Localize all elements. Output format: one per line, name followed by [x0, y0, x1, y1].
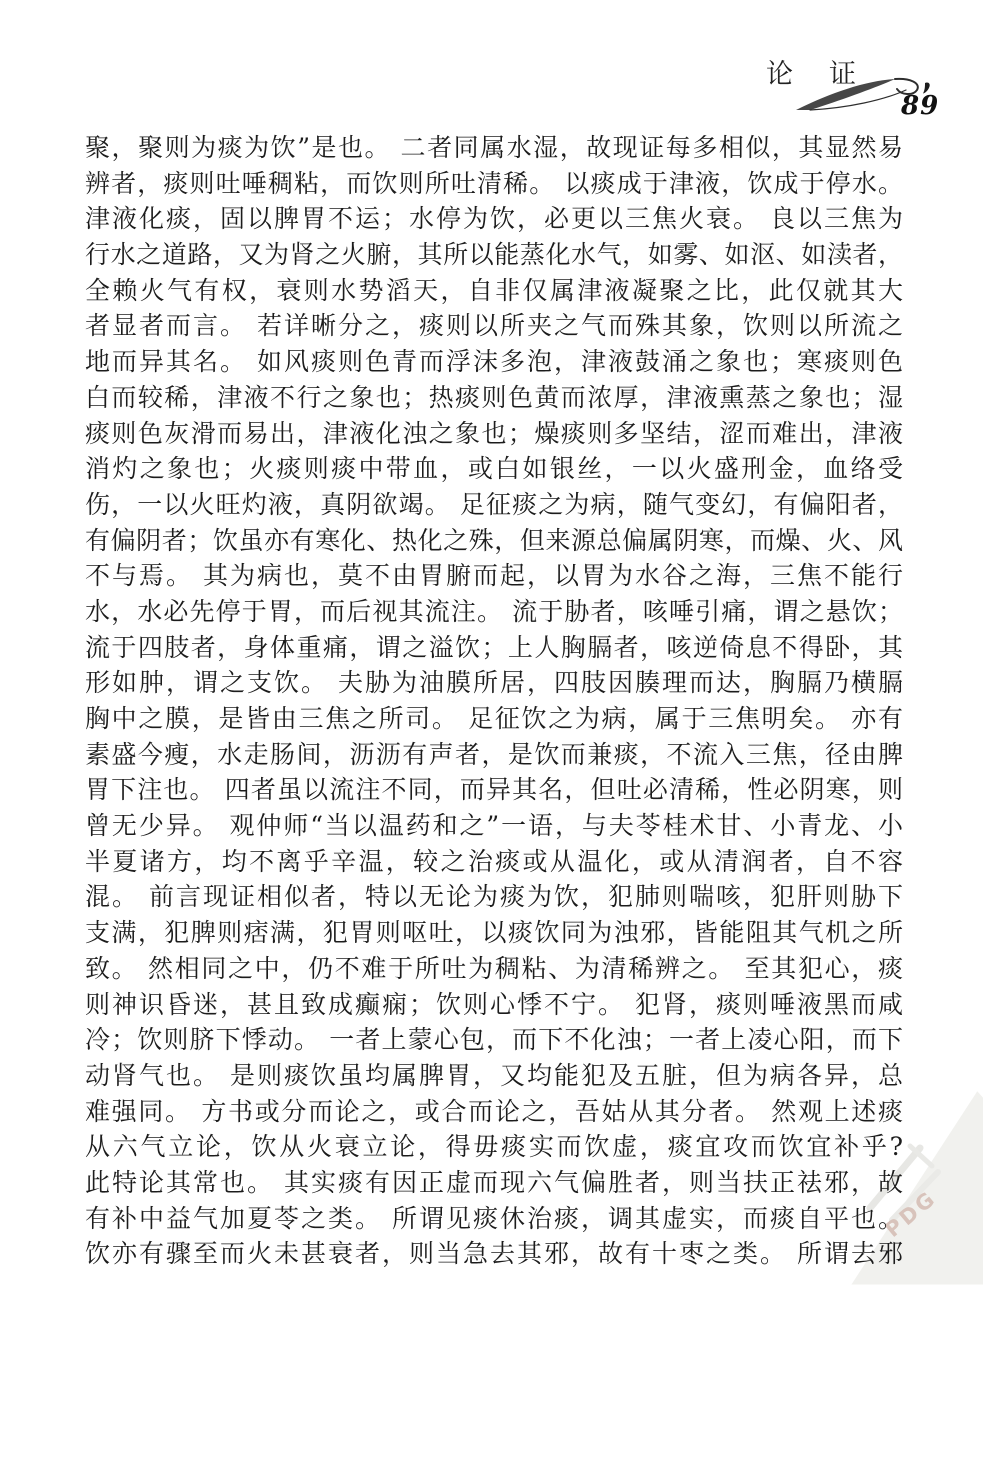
- text-line: 聚，聚则为痰为饮”是也。 二者同属水湿，故现证每多相似，其显然易: [85, 130, 903, 166]
- text-line: 致。 然相同之中，仍不难于所吐为稠粘、为清稀辨之。 至其犯心，痰: [85, 951, 903, 987]
- text-line: 素盛今瘦，水走肠间，沥沥有声者，是饮而兼痰，不流入三焦，径由脾: [85, 737, 903, 773]
- text-line: 饮亦有骤至而火未甚衰者，则当急去其邪，故有十枣之类。 所谓去邪: [85, 1236, 903, 1272]
- header-char-lun: 论: [766, 59, 793, 90]
- text-line: 行水之道路，又为肾之火腑，其所以能蒸化水气，如雾、如沤、如渎者，: [85, 237, 903, 273]
- scanned-book-page: 论证 89 PDG 聚，聚则为痰为饮”是也。 二者同属水湿，故现证每多相似，其显…: [0, 0, 983, 1470]
- text-line: 半夏诸方，均不离乎辛温，较之治痰或从温化，或从清润者，自不容: [85, 844, 903, 880]
- text-line: 伤，一以火旺灼液，真阴欲竭。 足征痰之为病，随气变幻，有偏阳者，: [85, 487, 903, 523]
- text-line: 难强同。 方书或分而论之，或合而论之，吾姑从其分者。 然观上述痰: [85, 1094, 903, 1130]
- text-line: 流于四肢者，身体重痛，谓之溢饮；上人胸膈者，咳逆倚息不得卧，其: [85, 630, 903, 666]
- text-line: 动肾气也。 是则痰饮虽均属脾胃，又均能犯及五脏，但为病各异，总: [85, 1058, 903, 1094]
- text-line: 从六气立论，饮从火衰立论，得毋痰实而饮虚，痰宜攻而饮宜补乎?: [85, 1129, 903, 1165]
- text-line: 混。 前言现证相似者，特以无论为痰为饮，犯肺则喘咳，犯肝则胁下: [85, 879, 903, 915]
- text-line: 曾无少异。 观仲师“当以温药和之”一语，与夫苓桂术甘、小青龙、小: [85, 808, 903, 844]
- text-line: 辨者，痰则吐唾稠粘，而饮则所吐清稀。 以痰成于津液，饮成于停水。: [85, 166, 903, 202]
- text-line: 者显者而言。 若详晰分之，痰则以所夹之气而殊其象，饮则以所流之: [85, 308, 903, 344]
- text-line: 形如肿，谓之支饮。 夫胁为油膜所居，四肢因腠理而达，胸膈乃横膈: [85, 665, 903, 701]
- text-line: 此特论其常也。 其实痰有因正虚而现六气偏胜者，则当扶正祛邪，故: [85, 1165, 903, 1201]
- text-line: 不与焉。 其为病也，莫不由胃腑而起，以胃为水谷之海，三焦不能行: [85, 558, 903, 594]
- text-line: 胸中之膜，是皆由三焦之所司。 足征饮之为病，属于三焦明矣。 亦有: [85, 701, 903, 737]
- text-line: 白而较稀，津液不行之象也；热痰则色黄而浓厚，津液熏蒸之象也；湿: [85, 380, 903, 416]
- text-line: 痰则色灰滑而易出，津液化浊之象也；燥痰则多坚结，涩而难出，津液: [85, 416, 903, 452]
- text-line: 地而异其名。 如风痰则色青而浮沫多泡，津液鼓涌之象也；寒痰则色: [85, 344, 903, 380]
- text-line: 冷；饮则脐下悸动。 一者上蒙心包，而下不化浊；一者上凌心阳，而下: [85, 1022, 903, 1058]
- text-line: 胃下注也。 四者虽以流注不同，而异其名，但吐必清稀，性必阴寒，则: [85, 772, 903, 808]
- text-line: 则神识昏迷，甚且致成癫痫；饮则心悸不宁。 犯肾，痰则唾液黑而咸: [85, 987, 903, 1023]
- text-line: 有补中益气加夏苓之类。 所谓见痰休治痰，调其虚实，而痰自平也。: [85, 1201, 903, 1237]
- text-line: 消灼之象也；火痰则痰中带血，或白如银丝，一以火盛刑金，血络受: [85, 451, 903, 487]
- text-line: 津液化痰，固以脾胃不运；水停为饮，必更以三焦火衰。 良以三焦为: [85, 201, 903, 237]
- text-line: 全赖火气有权，衰则水势滔天，自非仅属津液凝聚之比，此仅就其大: [85, 273, 903, 309]
- body-text: 聚，聚则为痰为饮”是也。 二者同属水湿，故现证每多相似，其显然易辨者，痰则吐唾稠…: [85, 130, 903, 1272]
- text-line: 水，水必先停于胃，而后视其流注。 流于胁者，咳唾引痛，谓之悬饮；: [85, 594, 903, 630]
- page-number: 89: [901, 91, 939, 121]
- text-line: 有偏阴者；饮虽亦有寒化、热化之殊，但来源总偏属阴寒，而燥、火、风: [85, 523, 903, 559]
- text-line: 支满，犯脾则痞满，犯胃则呕吐，以痰饮同为浊邪，皆能阻其气机之所: [85, 915, 903, 951]
